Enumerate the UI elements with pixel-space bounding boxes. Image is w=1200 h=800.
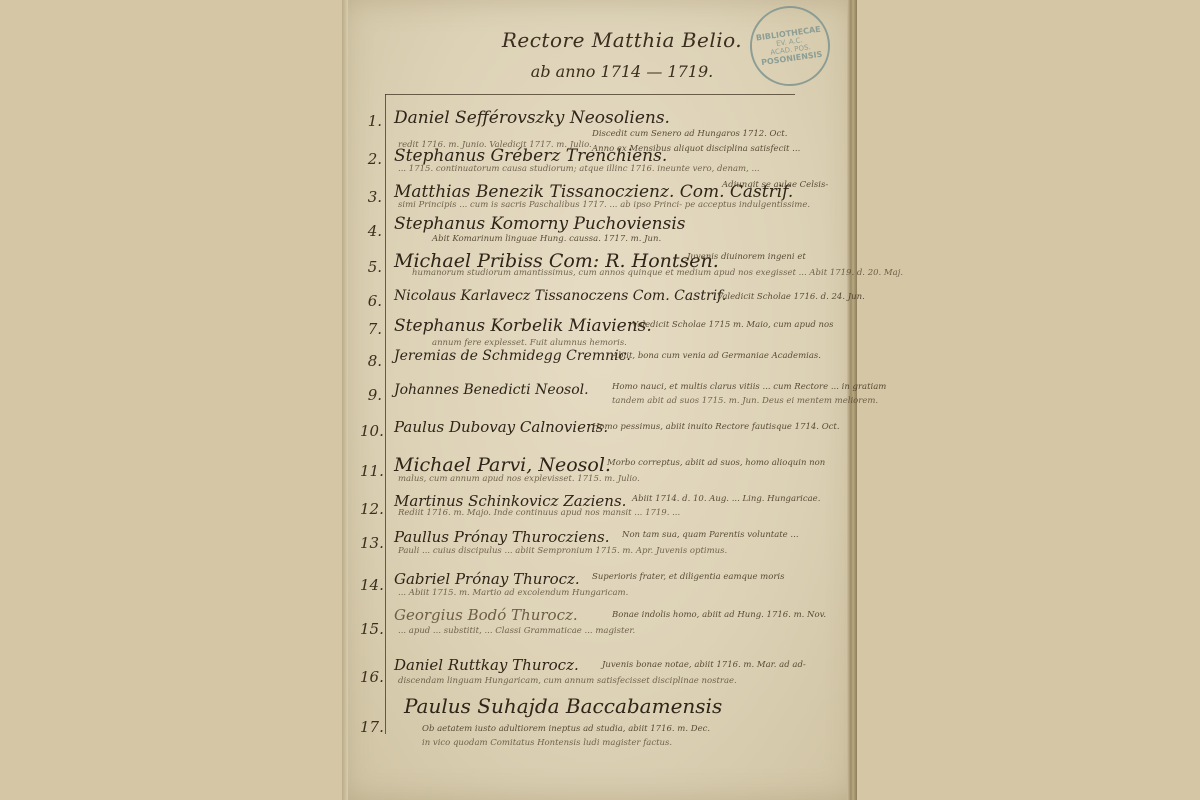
entry-note-continued: ... apud ... substitit, ... Classi Gramm… [398, 626, 635, 636]
entry-note: Adiungit se aulae Celsis- [722, 180, 828, 190]
entry-note-continued: discendam linguam Hungaricam, cum annum … [398, 676, 737, 686]
entry-note: Non tam sua, quam Parentis voluntate ... [622, 530, 799, 540]
entry-note: Anno ex Mensibus aliquot disciplina sati… [592, 144, 800, 154]
entry-note-continued: ... Abiit 1715. m. Martio ad excolendum … [398, 588, 628, 598]
entry-number: 11. [360, 462, 382, 480]
entry-name: Stephanus Korbelik Miaviens. [394, 316, 652, 336]
page-left-edge [342, 0, 348, 800]
entry-note-continued: malus, cum annum apud nos explevisset. 1… [398, 474, 640, 484]
entry-number: 14. [360, 576, 382, 594]
entry-number: 5. [360, 258, 382, 276]
entry-note-continued: in vico quodam Comitatus Hontensis ludi … [422, 738, 672, 748]
entry-name: Daniel Ruttkay Thurocz. [394, 656, 579, 674]
entry-name: Paulus Suhajda Baccabamensis [404, 694, 722, 718]
entry-number: 1. [360, 112, 382, 130]
entry-note: Ob aetatem iusto adultiorem ineptus ad s… [422, 724, 710, 734]
entry-number: 13. [360, 534, 382, 552]
entry-name: Daniel Sefférovszky Neosoliens. [394, 108, 670, 128]
entry-note-continued: humanorum studiorum amantissimus, cum an… [412, 268, 903, 278]
entry-name: Gabriel Prónay Thurocz. [394, 570, 580, 588]
entry-name: Nicolaus Karlavecz Tissanoczens Com. Cas… [394, 288, 726, 304]
entry-number: 7. [360, 320, 382, 338]
entry-name: Paullus Prónay Thurocziens. [394, 528, 610, 546]
entry-note-continued: simi Principis ... cum is sacris Paschal… [398, 200, 810, 210]
entry-number: 8. [360, 352, 382, 370]
entry-number: 17. [360, 718, 382, 736]
entry-note-continued: ... 1715. continuatorum causa studiorum;… [398, 164, 760, 174]
entry-note: Juvenis bonae notae, abiit 1716. m. Mar.… [602, 660, 806, 670]
entry-note: Discedit cum Senero ad Hungaros 1712. Oc… [592, 129, 787, 139]
entry-number: 2. [360, 150, 382, 168]
entry-note: Valedicit Scholae 1715 m. Maio, cum apud… [632, 320, 834, 330]
entry-name: Georgius Bodó Thurocz. [394, 606, 578, 624]
entry-note-continued: Pauli ... cuius discipulus ... abiit Sem… [398, 546, 727, 556]
entry-name: Paulus Dubovay Calnoviens. [394, 418, 608, 436]
entry-number: 9. [360, 386, 382, 404]
entry-name: Jeremias de Schmidegg Cremnic. [394, 348, 631, 364]
entry-note: Abiit 1714. d. 10. Aug. ... Ling. Hungar… [632, 494, 820, 504]
entry-note: Homo pessimus, abiit inuito Rectore faut… [592, 422, 840, 432]
page-subtitle: ab anno 1714 — 1719. [492, 62, 752, 81]
entry-note-continued: Rediit 1716. m. Majo. Inde continuus apu… [398, 508, 680, 518]
entry-number: 6. [360, 292, 382, 310]
header-rule [385, 94, 795, 95]
entry-number: 12. [360, 500, 382, 518]
entry-name: Johannes Benedicti Neosol. [394, 382, 589, 398]
margin-rule [385, 94, 386, 734]
manuscript-page: Rectore Matthia Belio. ab anno 1714 — 17… [342, 0, 857, 800]
entry-note-continued: tandem abit ad suos 1715. m. Jun. Deus e… [612, 396, 878, 406]
entry-number: 4. [360, 222, 382, 240]
entry-note: Superioris frater, et diligentia eamque … [592, 572, 785, 582]
entry-note: Abiit, bona cum venia ad Germaniae Acade… [612, 351, 821, 361]
entry-number: 16. [360, 668, 382, 686]
entry-note: Morbo correptus, abiit ad suos, homo ali… [607, 458, 825, 468]
entry-number: 10. [360, 422, 382, 440]
entry-name: Michael Parvi, Neosol. [394, 454, 611, 476]
entry-name: Stephanus Komorny Puchoviensis [394, 214, 685, 234]
entry-number: 15. [360, 620, 382, 638]
page-title: Rectore Matthia Belio. [492, 28, 752, 52]
entry-note: Bonae indolis homo, abiit ad Hung. 1716.… [612, 610, 826, 620]
entry-note: Valedicit Scholae 1716. d. 24. Jun. [717, 292, 865, 302]
entry-number: 3. [360, 188, 382, 206]
entry-note: Abit Komarinum linguae Hung. caussa. 171… [432, 234, 661, 244]
entry-note-continued: annum fere explesset. Fuit alumnus hemor… [432, 338, 627, 348]
library-stamp: BIBLIOTHECAE EV. A.C. ACAD. POS. POSONIE… [745, 1, 835, 91]
entry-note: Juvenis diuinorem ingeni et [687, 252, 806, 262]
entry-note: Homo nauci, et multis clarus vitiis ... … [612, 382, 886, 392]
